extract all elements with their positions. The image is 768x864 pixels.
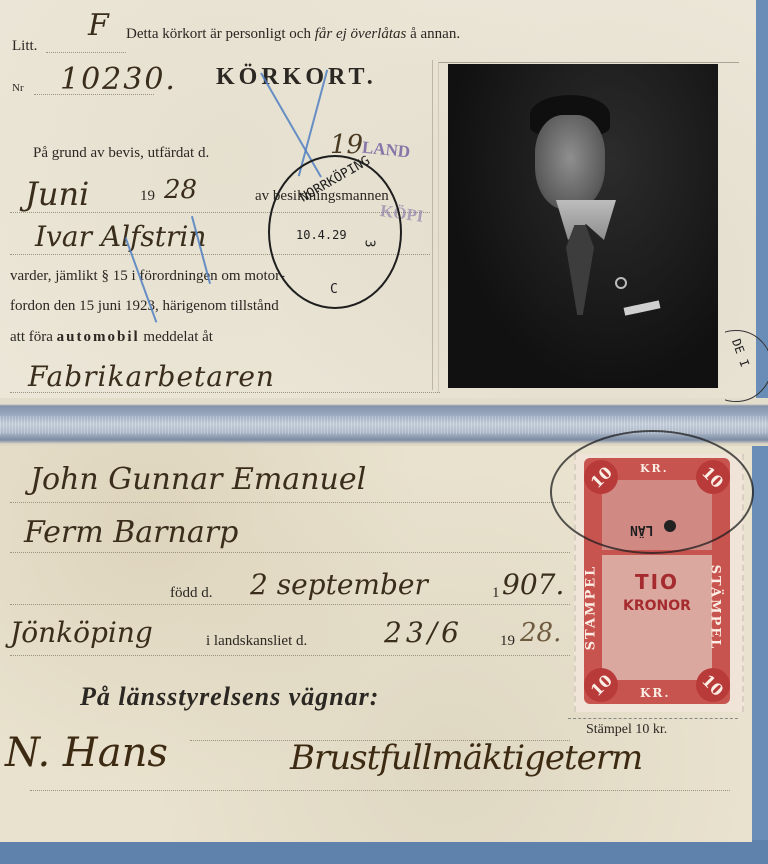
permit-suffix: meddelat åt — [143, 329, 213, 345]
litt-label: Litt. — [12, 38, 37, 55]
legal-line-3: att föra automobil meddelat åt — [10, 329, 213, 346]
stamp-side-left: STÄMPEL — [583, 565, 598, 651]
dotted-line-office — [10, 655, 570, 656]
stamp-cancel-text: LÄN — [630, 522, 653, 537]
postmark-letter: C — [330, 282, 338, 297]
litt-line — [46, 52, 126, 53]
authority-line: På länsstyrelsens vägnar: — [80, 682, 379, 712]
nr-label: Nr — [12, 82, 24, 94]
birth-year: 907. — [502, 568, 564, 601]
issuing-place: Jönköping — [10, 616, 153, 649]
office-year-prefix: 19 — [500, 633, 515, 650]
inspector-name: Ivar Alfstrin — [35, 220, 206, 253]
issued-year-prefix: 19 — [140, 188, 155, 205]
office-date: 23/6 — [384, 616, 463, 649]
blue-cover-edge-bottom — [0, 840, 768, 864]
stamp-value-words-1: TIO — [602, 570, 712, 594]
dotted-line-name — [10, 502, 570, 503]
stamp-value-words-2: KRONOR — [602, 598, 712, 614]
stamp-punch-hole — [664, 520, 676, 532]
holder-given-names: John Gunnar Emanuel — [30, 462, 366, 497]
office-label: i landskansliet d. — [206, 633, 307, 650]
license-number: 10230. — [60, 62, 177, 97]
stamp-unit-bottom: KR. — [640, 686, 671, 700]
dotted-line-7 — [10, 392, 440, 393]
permit-prefix: att föra — [10, 329, 53, 345]
dotted-line-surname — [10, 552, 570, 553]
dotted-line-signature — [30, 790, 730, 791]
occupation: Fabrikarbetaren — [28, 360, 275, 393]
document-title: KÖRKORT. — [216, 64, 377, 91]
issued-year: 28 — [164, 175, 197, 205]
litt-value: F — [88, 8, 109, 43]
stamp-side-right: STÄMPEL — [707, 565, 722, 651]
postmark-date: 10.4.29 — [296, 228, 347, 242]
notice-suffix: å annan. — [410, 26, 460, 42]
signature-1: N. Hans — [5, 730, 168, 776]
born-label: född d. — [170, 585, 213, 602]
postmark-number: 3 — [361, 240, 376, 248]
holder-surname: Ferm Barnarp — [24, 515, 238, 550]
office-year: 28. — [520, 618, 561, 648]
photo-lapel-pin — [615, 277, 627, 289]
notice-italic: får ej överlåtas — [315, 26, 407, 42]
notice-prefix: Detta körkort är personligt och — [126, 26, 311, 42]
signature-2: Brustfullmäktigeterm — [290, 738, 642, 778]
header-notice: Detta körkort är personligt och får ej ö… — [126, 26, 460, 43]
vehicle-type: automobil — [57, 329, 140, 345]
legal-line-2: fordon den 15 juni 1923, härigenom tills… — [10, 298, 279, 315]
legal-line-1: varder, jämlikt § 15 i förordningen om m… — [10, 268, 285, 285]
dotted-line-born — [10, 604, 570, 605]
stamp-caption-line — [568, 718, 738, 719]
birth-date: 2 september — [250, 568, 428, 601]
issued-month: Juni — [25, 175, 89, 213]
photo-face — [535, 115, 605, 210]
column-divider — [432, 60, 433, 390]
issued-line: På grund av bevis, utfärdat d. — [33, 145, 209, 162]
birth-year-prefix: 1 — [492, 585, 500, 602]
stamp-caption: Stämpel 10 kr. — [586, 722, 667, 738]
